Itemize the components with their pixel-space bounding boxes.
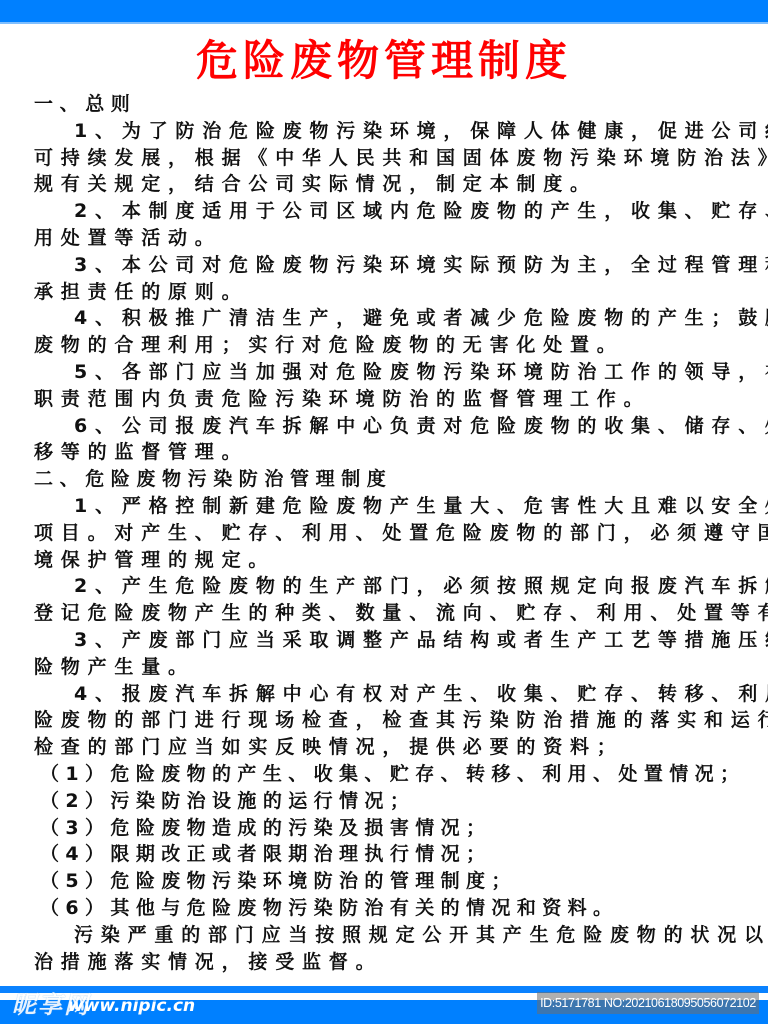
paragraph-line: 5、各部门应当加强对危险废物污染环境防治工作的领导，在各自的 — [34, 359, 739, 386]
paragraph-line: 1、严格控制新建危险废物产生量大、危害性大且难以安全处置的建设 — [34, 493, 739, 520]
paragraph-line: 废物的合理利用；实行对危险废物的无害化处置。 — [34, 332, 739, 359]
paragraph-line: 检查的部门应当如实反映情况，提供必要的资料； — [34, 734, 739, 761]
paragraph-line: 3、产废部门应当采取调整产品结构或者生产工艺等措施压缩、减少危 — [34, 627, 739, 654]
list-item: （3）危险废物造成的污染及损害情况； — [34, 815, 739, 842]
paragraph-line: 境保护管理的规定。 — [34, 547, 739, 574]
closing-line: 治措施落实情况，接受监督。 — [34, 949, 739, 976]
paragraph-line: 1、为了防治危险废物污染环境，保障人体健康，促进公司经济健康 — [34, 118, 739, 145]
closing-line: 污染严重的部门应当按照规定公开其产生危险废物的状况以及污染防 — [34, 922, 739, 949]
document-body: 一、总则 1、为了防治危险废物污染环境，保障人体健康，促进公司经济健康 可持续发… — [34, 91, 739, 975]
top-color-bar — [0, 0, 768, 22]
section-heading-pollution-control: 二、危险废物污染防治管理制度 — [34, 466, 739, 493]
paragraph-line: 登记危险废物产生的种类、数量、流向、贮存、利用、处置等有关资料。 — [34, 600, 739, 627]
paragraph-line: 2、本制度适用于公司区域内危险废物的产生，收集、贮存、转移利 — [34, 198, 739, 225]
paragraph-line: 用处置等活动。 — [34, 225, 739, 252]
paragraph-line: 4、报废汽车拆解中心有权对产生、收集、贮存、转移、利用、处置危 — [34, 681, 739, 708]
paragraph-line: 险物产生量。 — [34, 654, 739, 681]
paragraph-line: 移等的监督管理。 — [34, 439, 739, 466]
section-heading-general: 一、总则 — [34, 91, 739, 118]
list-item: （2）污染防治设施的运行情况； — [34, 788, 739, 815]
paragraph-line: 3、本公司对危险废物污染环境实际预防为主，全过程管理和污染者 — [34, 252, 739, 279]
paragraph-line: 项目。对产生、贮存、利用、处置危险废物的部门，必须遵守国家有关环 — [34, 520, 739, 547]
paragraph-line: 4、积极推广清洁生产，避免或者减少危险废物的产生；鼓励对危险 — [34, 305, 739, 332]
paragraph-line: 规有关规定，结合公司实际情况，制定本制度。 — [34, 171, 739, 198]
paragraph-line: 职责范围内负责危险污染环境防治的监督管理工作。 — [34, 386, 739, 413]
paragraph-line: 承担责任的原则。 — [34, 279, 739, 306]
top-color-bar-edge — [0, 22, 768, 24]
list-item: （1）危险废物的产生、收集、贮存、转移、利用、处置情况； — [34, 761, 739, 788]
image-id-label: ID:5171781 NO:20210618095056072102 — [537, 992, 759, 1014]
list-item: （6）其他与危险废物污染防治有关的情况和资料。 — [34, 895, 739, 922]
list-item: （5）危险废物污染环境防治的管理制度； — [34, 868, 739, 895]
list-item: （4）限期改正或者限期治理执行情况； — [34, 841, 739, 868]
watermark-url: www.nipic.cn — [68, 994, 195, 1018]
paragraph-line: 6、公司报废汽车拆解中心负责对危险废物的收集、储存、处置、转 — [34, 413, 739, 440]
document-title: 危险废物管理制度 — [0, 36, 768, 86]
paragraph-line: 可持续发展，根据《中华人民共和国固体废物污染环境防治法》等法律法 — [34, 145, 739, 172]
paragraph-line: 险废物的部门进行现场检查，检查其污染防治措施的落实和运行情况。被 — [34, 707, 739, 734]
paragraph-line: 2、产生危险废物的生产部门，必须按照规定向报废汽车拆解中心申报 — [34, 573, 739, 600]
